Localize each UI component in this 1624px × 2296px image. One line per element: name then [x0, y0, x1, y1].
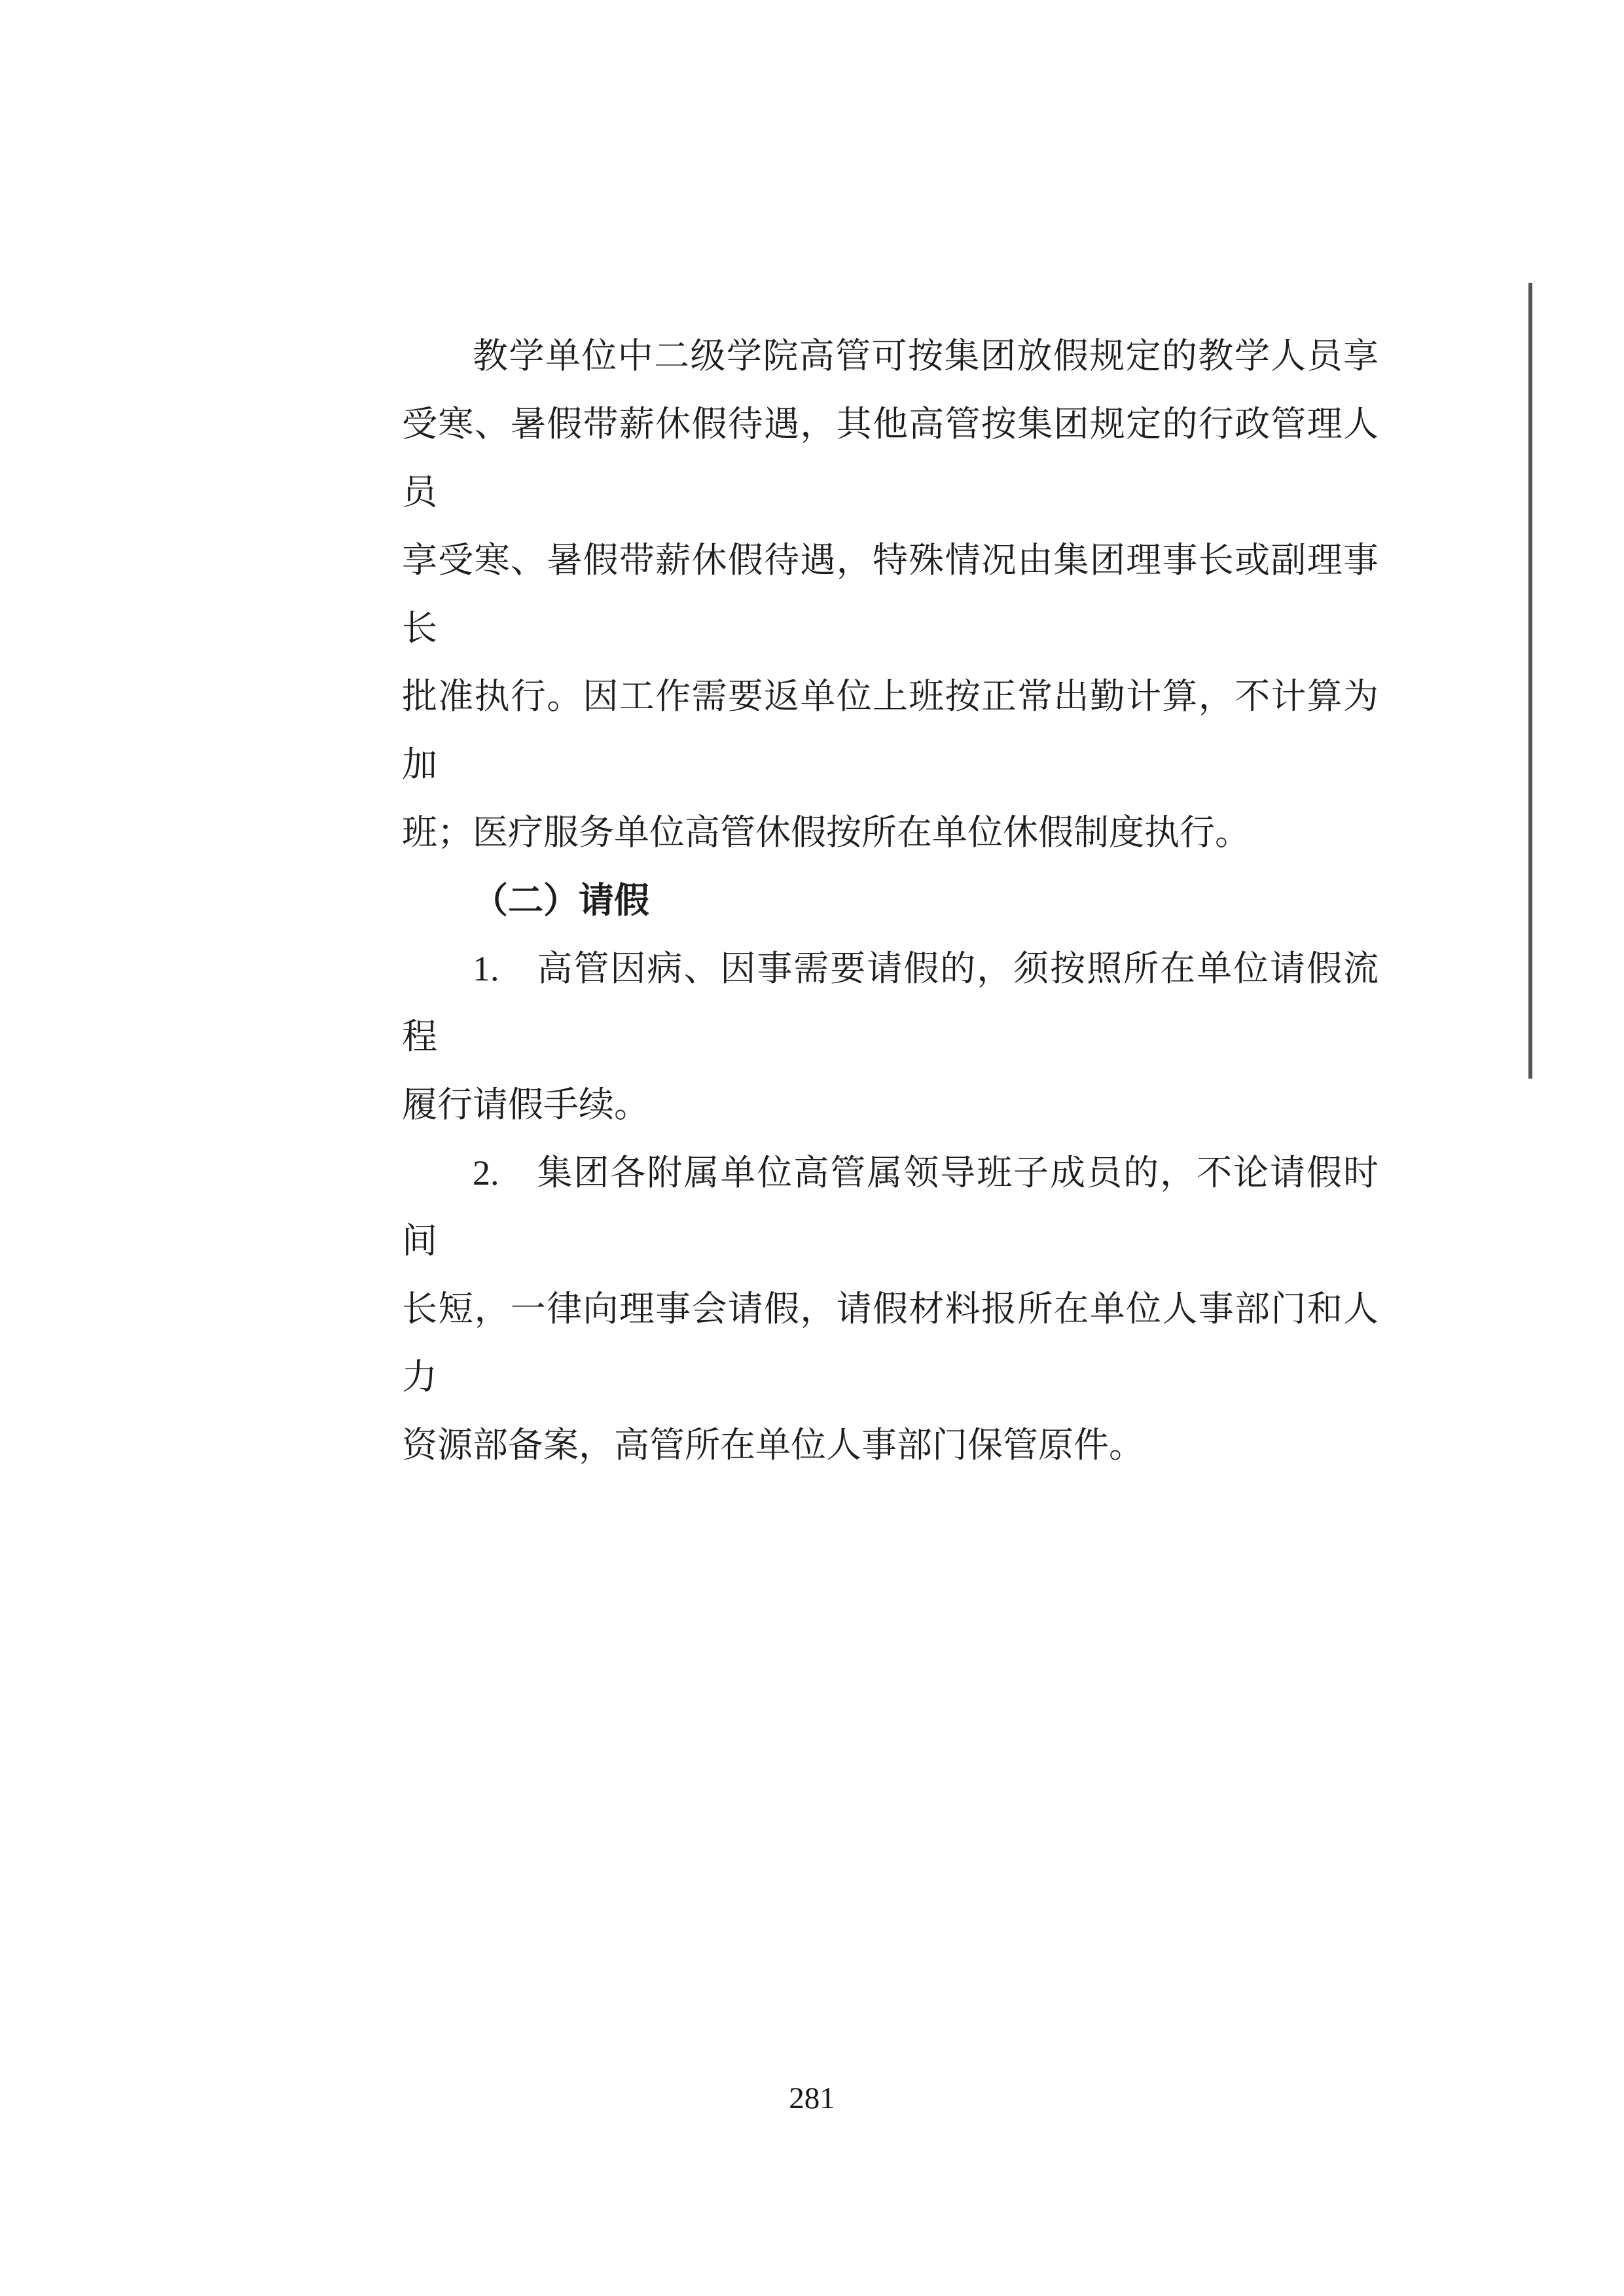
text-line: 教学单位中二级学院高管可按集团放假规定的教学人员享 [402, 322, 1379, 390]
text-line: 资源部备案，高管所在单位人事部门保管原件。 [402, 1411, 1379, 1479]
heading-section-2-leave: （二）请假 [402, 867, 1379, 935]
text-line: 批准执行。因工作需要返单位上班按正常出勤计算，不计算为加 [402, 662, 1379, 798]
text-line: 班；医疗服务单位高管休假按所在单位休假制度执行。 [402, 798, 1379, 867]
document-body: 教学单位中二级学院高管可按集团放假规定的教学人员享受寒、暑假带薪休假待遇，其他高… [402, 322, 1379, 1479]
text-line: （二）请假 [402, 867, 1379, 935]
paragraph-leave-item-2: 2. 集团各附属单位高管属领导班子成员的，不论请假时间长短，一律向理事会请假，请… [402, 1139, 1379, 1479]
text-line: 受寒、暑假带薪休假待遇，其他高管按集团规定的行政管理人员 [402, 390, 1379, 526]
text-line: 享受寒、暑假带薪休假待遇，特殊情况由集团理事长或副理事长 [402, 526, 1379, 662]
paragraph-holiday-policy: 教学单位中二级学院高管可按集团放假规定的教学人员享受寒、暑假带薪休假待遇，其他高… [402, 322, 1379, 867]
text-line: 1. 高管因病、因事需要请假的，须按照所在单位请假流程 [402, 935, 1379, 1071]
text-line: 2. 集团各附属单位高管属领导班子成员的，不论请假时间 [402, 1139, 1379, 1275]
document-page: 教学单位中二级学院高管可按集团放假规定的教学人员享受寒、暑假带薪休假待遇，其他高… [0, 0, 1624, 2296]
text-line: 履行请假手续。 [402, 1071, 1379, 1139]
text-line: 长短，一律向理事会请假，请假材料报所在单位人事部门和人力 [402, 1275, 1379, 1411]
revision-change-bar [1528, 283, 1532, 1079]
page-number: 281 [789, 2081, 835, 2115]
paragraph-leave-item-1: 1. 高管因病、因事需要请假的，须按照所在单位请假流程履行请假手续。 [402, 935, 1379, 1139]
page-footer: 281 [0, 2083, 1624, 2114]
